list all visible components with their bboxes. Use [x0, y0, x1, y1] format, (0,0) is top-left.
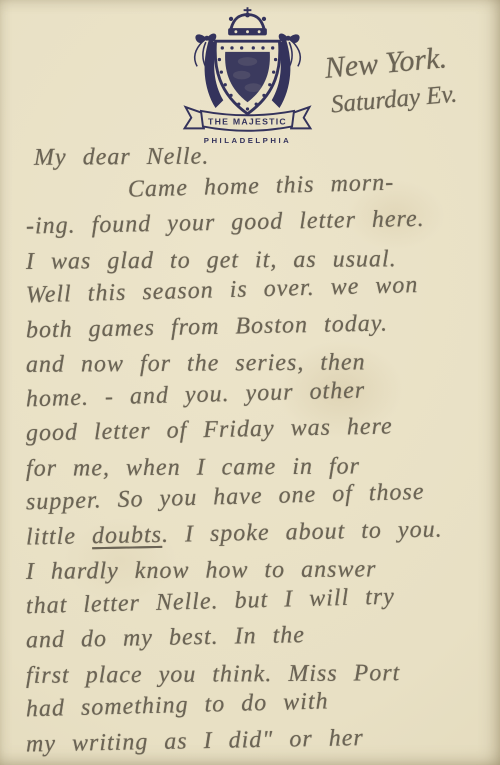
hotel-name: THE MAJESTIC — [208, 116, 287, 126]
underlined-word: doubts — [92, 521, 163, 548]
dateline: New York. Saturday Ev. — [323, 36, 500, 119]
letter-line-pre: little — [26, 523, 92, 550]
crown-icon — [228, 7, 267, 35]
letter-page: THE MAJESTIC PHILADELPHIA New York. Satu… — [0, 0, 500, 765]
letter-body: My dear Nelle. Came home this morn- -ing… — [0, 141, 500, 765]
letter-line-post: . I spoke about to you. — [162, 516, 443, 547]
shield-icon — [215, 41, 280, 114]
hotel-crest: THE MAJESTIC PHILADELPHIA — [170, 6, 325, 148]
crest-graphic: THE MAJESTIC PHILADELPHIA — [170, 6, 325, 148]
